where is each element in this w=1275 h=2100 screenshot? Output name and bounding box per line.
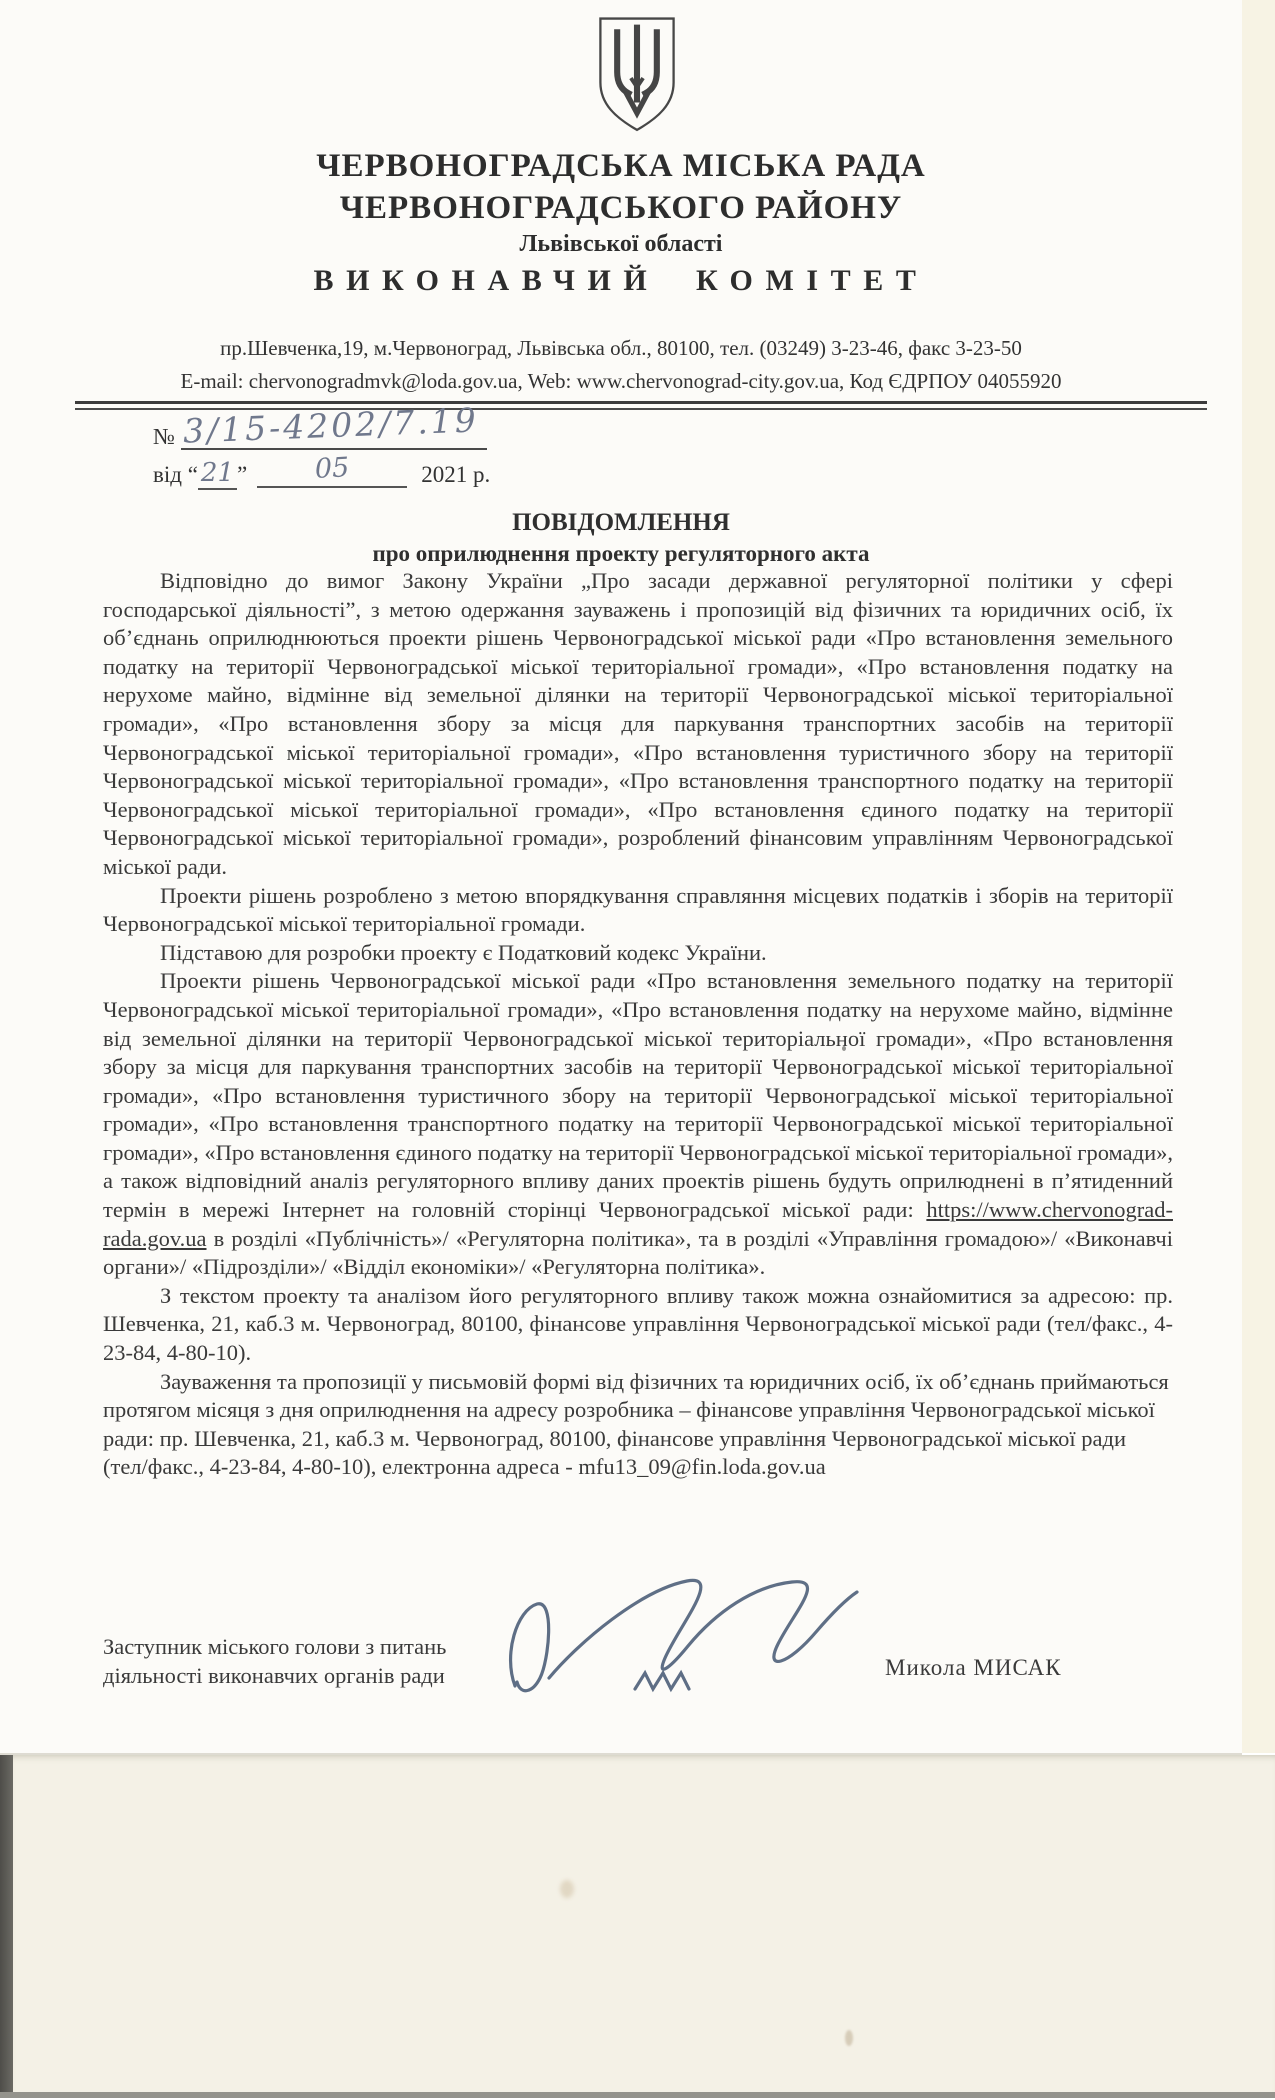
committee-title: ВИКОНАВЧИЙ КОМІТЕТ: [0, 264, 1242, 298]
council-name-line1: ЧЕРВОНОГРАДСЬКА МІСЬКА РАДА: [0, 148, 1242, 185]
signer-name: Микола МИСАК: [885, 1655, 1062, 1681]
reference-date-row: від “21” 05 2021 р.: [153, 455, 490, 488]
underlying-sheet: [13, 1755, 1275, 2092]
paragraph-2: Проекти рішень розроблено з метою впоряд…: [103, 882, 1173, 939]
date-month-handwritten: 05: [314, 452, 350, 485]
trident-emblem-icon: [573, 14, 701, 136]
council-name-line2: ЧЕРВОНОГРАДСЬКОГО РАЙОНУ: [0, 190, 1242, 227]
reference-number-label: №: [153, 424, 181, 450]
contact-line: E-mail: chervonogradmvk@loda.gov.ua, Web…: [0, 369, 1242, 394]
date-month-underline: 05: [257, 455, 407, 488]
date-close-quote: ”: [237, 462, 247, 488]
signature-scribble: [495, 1568, 895, 1728]
signer-position-line1: Заступник міського голови з питань: [103, 1632, 446, 1661]
document-title: ПОВІДОМЛЕННЯ: [0, 509, 1242, 537]
paragraph-4: Проекти рішень Червоноградської міської …: [103, 967, 1173, 1282]
scan-left-edge-shadow: [0, 1755, 13, 2092]
paragraph-4-text: Проекти рішень Червоноградської міської …: [103, 968, 1173, 1222]
date-day-handwritten: 21: [198, 458, 237, 490]
scan-speckle: [845, 2030, 853, 2046]
region-line: Львівської області: [0, 231, 1242, 258]
paragraph-1: Відповідно до вимог Закону України „Про …: [103, 567, 1173, 882]
date-year: 2021 р.: [421, 462, 490, 488]
reference-number-row: № 3/15-4202/7.19: [153, 408, 487, 450]
paragraph-6: Зауваження та пропозиції у письмовій фор…: [103, 1368, 1173, 1482]
scanned-document-page: ЧЕРВОНОГРАДСЬКА МІСЬКА РАДА ЧЕРВОНОГРАДС…: [0, 0, 1275, 2100]
paragraph-4-text-after: в розділі «Публічність»/ «Регуляторна по…: [103, 1226, 1173, 1280]
scan-right-edge: [1242, 0, 1275, 1753]
signer-position: Заступник міського голови з питань діяль…: [103, 1632, 446, 1690]
document-subtitle: про оприлюднення проекту регуляторного а…: [0, 541, 1242, 567]
paragraph-3: Підставою для розробки проекту є Податко…: [103, 939, 1173, 968]
date-open-quote: “: [188, 462, 198, 488]
body-text: Відповідно до вимог Закону України „Про …: [103, 567, 1173, 1482]
paragraph-5: З текстом проекту та аналізом його регул…: [103, 1282, 1173, 1368]
scan-bottom-edge: [0, 2092, 1275, 2098]
reference-number-underline: 3/15-4202/7.19: [181, 408, 487, 450]
signer-position-line2: діяльності виконавчих органів ради: [103, 1661, 446, 1690]
address-line: пр.Шевченка,19, м.Червоноград, Львівська…: [0, 336, 1242, 361]
date-label: від: [153, 462, 182, 488]
scan-speckle: [560, 1880, 574, 1898]
reference-number-handwritten: 3/15-4202/7.19: [182, 400, 479, 450]
